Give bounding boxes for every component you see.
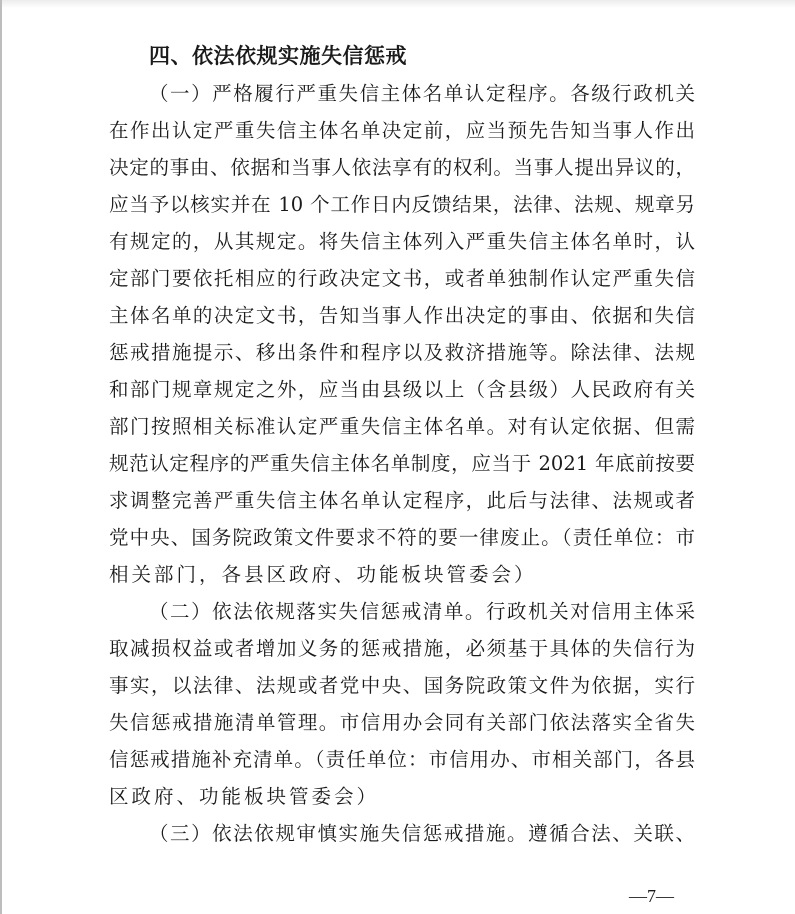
paragraph-2-line-5: 信惩戒措施补充清单。（责任单位：市信用办、市相关部门，各县 — [109, 748, 695, 772]
paragraph-2-line-2: 取减损权益或者增加义务的惩戒措施，必须基于具体的失信行为 — [109, 637, 695, 661]
paragraph-1-line-3: 决定的事由、依据和当事人依法享有的权利。当事人提出异议的， — [109, 156, 695, 180]
paragraph-2-line-1: （二）依法依规落实失信惩戒清单。行政机关对信用主体采 — [149, 600, 695, 624]
document-page: 四、依法依规实施失信惩戒 （一）严格履行严重失信主体名单认定程序。各级行政机关 … — [0, 0, 795, 914]
paragraph-1-line-2: 在作出认定严重失信主体名单决定前，应当预先告知当事人作出 — [109, 119, 695, 143]
paragraph-1-line-8: 惩戒措施提示、移出条件和程序以及救济措施等。除法律、法规 — [109, 341, 695, 365]
paragraph-1-line-13: 党中央、国务院政策文件要求不符的要一律废止。（责任单位：市 — [109, 526, 695, 550]
paragraph-1-line-11: 规范认定程序的严重失信主体名单制度，应当于 2021 年底前按要 — [109, 452, 695, 476]
paragraph-1-line-4: 应当予以核实并在 10 个工作日内反馈结果，法律、法规、规章另 — [109, 193, 695, 217]
paragraph-1-line-7: 主体名单的决定文书，告知当事人作出决定的事由、依据和失信 — [109, 304, 695, 328]
paragraph-2-line-6: 区政府、功能板块管委会） — [109, 785, 379, 809]
paragraph-2-line-4: 失信惩戒措施清单管理。市信用办会同有关部门依法落实全省失 — [109, 711, 695, 735]
paragraph-2-line-3: 事实，以法律、法规或者党中央、国务院政策文件为依据，实行 — [109, 674, 695, 698]
page-top-shadow — [2, 0, 795, 8]
paragraph-1-line-12: 求调整完善严重失信主体名单认定程序，此后与法律、法规或者 — [109, 489, 695, 513]
section-heading: 四、依法依规实施失信惩戒 — [149, 40, 407, 70]
paragraph-1-line-6: 定部门要依托相应的行政决定文书，或者单独制作认定严重失信 — [109, 267, 695, 291]
paragraph-1-line-1: （一）严格履行严重失信主体名单认定程序。各级行政机关 — [149, 82, 695, 106]
paragraph-3-line-1: （三）依法依规审慎实施失信惩戒措施。遵循合法、关联、 — [149, 822, 695, 846]
page-number: —7— — [629, 886, 674, 907]
paragraph-1-line-5: 有规定的，从其规定。将失信主体列入严重失信主体名单时，认 — [109, 230, 695, 254]
paragraph-1-line-10: 部门按照相关标准认定严重失信主体名单。对有认定依据、但需 — [109, 415, 695, 439]
paragraph-1-line-9: 和部门规章规定之外，应当由县级以上（含县级）人民政府有关 — [109, 378, 695, 402]
paragraph-1-line-14: 相关部门，各县区政府、功能板块管委会） — [109, 563, 537, 587]
